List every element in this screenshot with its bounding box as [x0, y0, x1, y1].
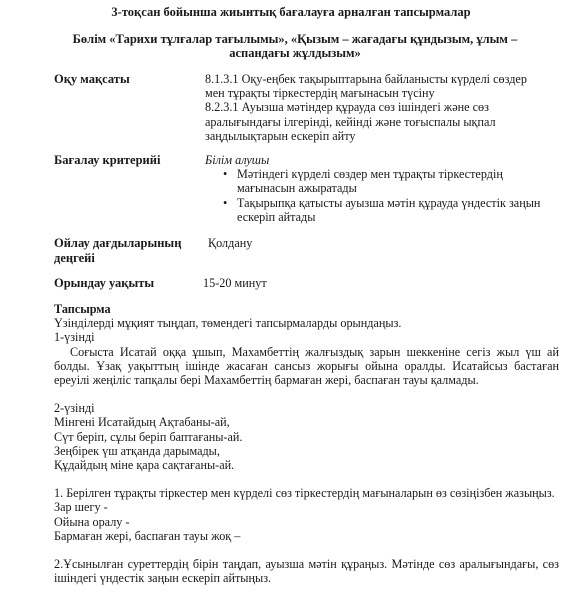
excerpt1-label: 1-үзінді [54, 330, 559, 344]
phrase-item: Бармаған жері, баспаған тауы жоқ – [54, 529, 559, 543]
task-section: Тапсырма Үзінділерді мұқият тыңдап, төме… [54, 302, 559, 585]
objective-line: мен тұрақты тіркестердің мағынасын түсін… [205, 86, 555, 100]
criteria-list: Мәтіндегі күрделі сөздер мен тұрақты тір… [205, 167, 555, 224]
poem-line: Мінгені Исатайдың Ақтабаны-ай, [54, 415, 559, 429]
question-2: 2.Ұсынылған суреттердің бірін таңдап, ау… [54, 557, 559, 585]
question-1: 1. Берілген тұрақты тіркестер мен күрдел… [54, 486, 559, 500]
phrase-item: Зар шегу - [54, 500, 559, 514]
phrase-item: Ойына оралу - [54, 515, 559, 529]
assessment-criteria-label: Бағалау критерийі [54, 153, 160, 168]
task-instruction: Үзінділерді мұқият тыңдап, төмендегі тап… [54, 316, 559, 330]
document-title: 3-тоқсан бойынша жиынтық бағалауға арнал… [0, 5, 582, 20]
criteria-heading: Білім алушы [205, 153, 555, 167]
duration-label: Орындау уақыты [54, 276, 154, 291]
learning-objective-value: 8.1.3.1 Оқу-еңбек тақырыптарына байланыс… [205, 72, 555, 143]
thinking-level-value: Қолдану [208, 236, 558, 250]
objective-line: аралығындағы ілгерінді, кейінді және тоғ… [205, 115, 555, 129]
objective-line: 8.2.3.1 Ауызша мәтіндер құрауда сөз ішін… [205, 100, 555, 114]
learning-objective-label: Оқу мақсаты [54, 72, 130, 87]
objective-line: 8.1.3.1 Оқу-еңбек тақырыптарына байланыс… [205, 72, 555, 86]
poem-line: Сүт беріп, сұлы беріп баптағаны-ай. [54, 430, 559, 444]
task-heading: Тапсырма [54, 302, 559, 316]
excerpt2-label: 2-үзінді [54, 401, 559, 415]
excerpt1-text: Соғыста Исатай оққа ұшып, Махамбеттің жа… [54, 345, 559, 388]
section-subtitle: Бөлім «Тарихи тұлғалар тағылымы», «Қызым… [60, 32, 530, 60]
thinking-level-label-line: Ойлау дағдыларының [54, 236, 181, 251]
thinking-level-label-line: деңгейі [54, 251, 181, 266]
thinking-level-label: Ойлау дағдыларының деңгейі [54, 236, 181, 266]
assessment-criteria-value: Білім алушы Мәтіндегі күрделі сөздер мен… [205, 153, 555, 224]
criteria-item: Мәтіндегі күрделі сөздер мен тұрақты тір… [225, 167, 555, 195]
poem-line: Зеңбірек үш атқанда дарымады, [54, 444, 559, 458]
criteria-item: Тақырыпқа қатысты ауызша мәтін құрауда ү… [225, 196, 555, 224]
duration-value: 15-20 минут [203, 276, 553, 290]
poem-line: Құдайдың міне қара сақтағаны-ай. [54, 458, 559, 472]
objective-line: заңдылықтарын ескеріп айту [205, 129, 555, 143]
